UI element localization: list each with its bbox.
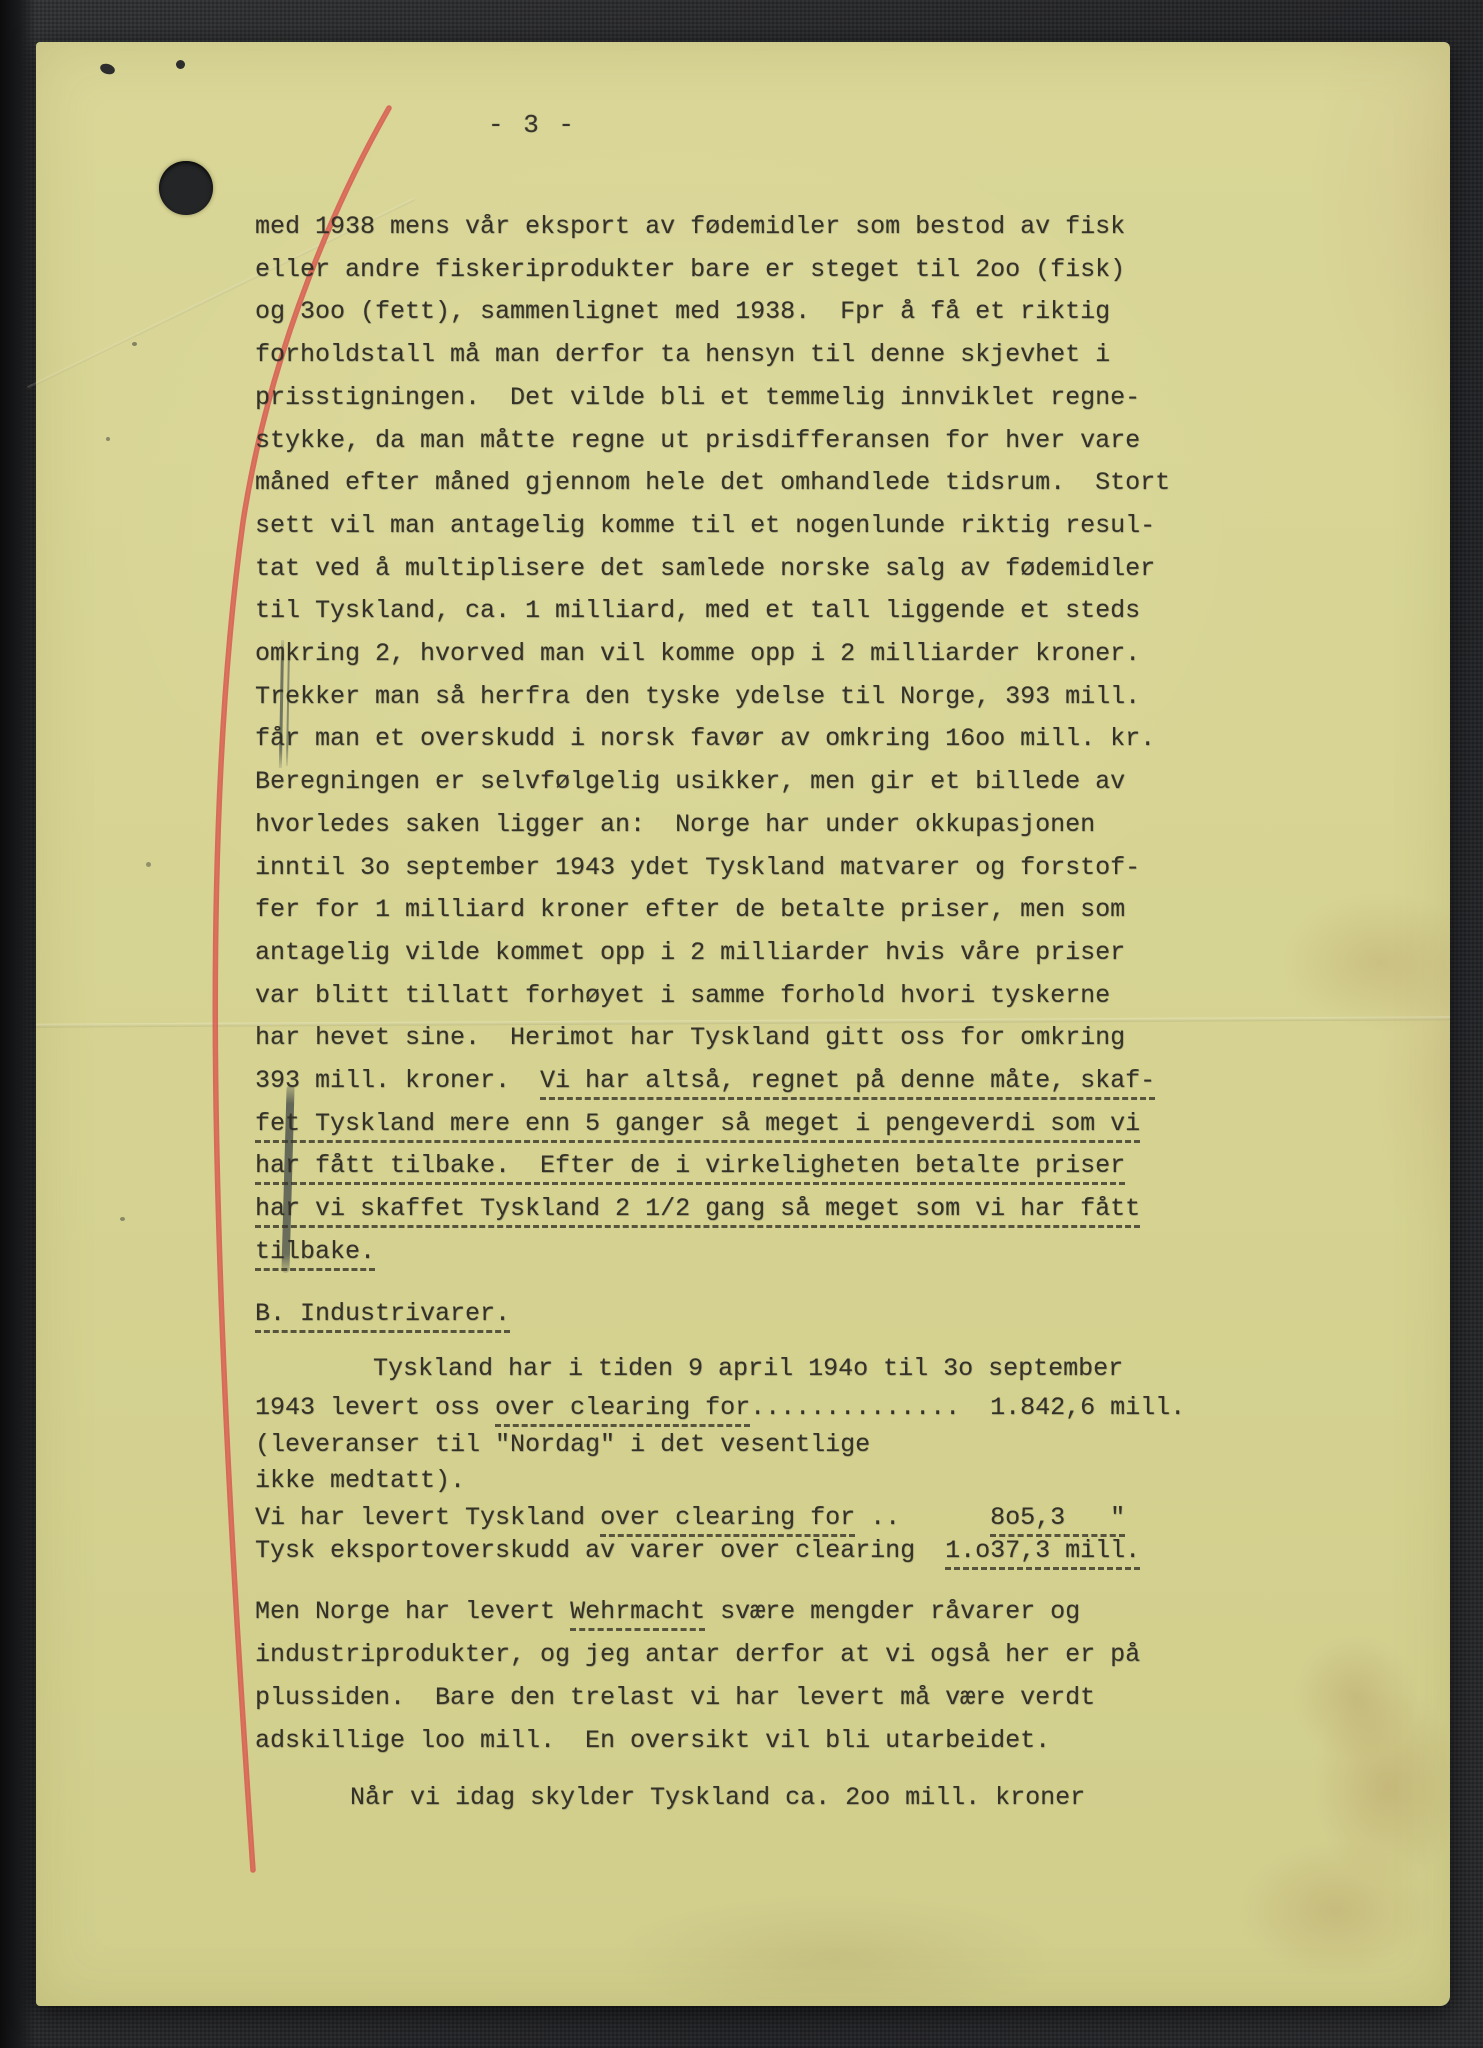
text-line: og 3oo (fett), sammenlignet med 1938. Fp… <box>255 291 1170 334</box>
text-line: til Tyskland, ca. 1 milliard, med et tal… <box>255 590 1170 633</box>
text-line: stykke, da man måtte regne ut prisdiffer… <box>255 420 1170 463</box>
ink-speck <box>176 60 185 69</box>
text-line: har fått tilbake. Efter de i virkelighet… <box>255 1145 1170 1188</box>
text-line: inntil 3o september 1943 ydet Tyskland m… <box>255 847 1170 890</box>
text-line: fet Tyskland mere enn 5 ganger så meget … <box>255 1103 1170 1146</box>
paragraph-wehrmacht-supplies: Men Norge har levert Wehrmacht svære men… <box>255 1590 1140 1762</box>
text-line: adskillige loo mill. En oversikt vil bli… <box>255 1719 1140 1762</box>
document-page: - 3 - med 1938 mens vår eksport av fødem… <box>36 42 1450 2006</box>
text-line: Tysk eksportoverskudd av varer over clea… <box>255 1530 1140 1572</box>
text-line: plussiden. Bare den trelast vi har lever… <box>255 1676 1140 1719</box>
text-line: Men Norge har levert Wehrmacht svære men… <box>255 1590 1140 1633</box>
paragraph-clearing-intro: Tyskland har i tiden 9 april 194o til 3o… <box>255 1348 1123 1390</box>
text-line: har hevet sine. Herimot har Tyskland git… <box>255 1017 1170 1060</box>
heading-industrivarer: B. Industrivarer. <box>255 1293 510 1335</box>
text-line: Beregningen er selvfølgelig usikker, men… <box>255 761 1170 804</box>
clearing-figures-block: 1943 levert oss over clearing for.......… <box>255 1390 1185 1536</box>
text-line: tilbake. <box>255 1231 1170 1274</box>
text-line: ikke medtatt). <box>255 1463 1185 1500</box>
text-line: 1943 levert oss over clearing for.......… <box>255 1390 1185 1427</box>
text-line: var blitt tillatt forhøyet i samme forho… <box>255 975 1170 1018</box>
text-line: fer for 1 milliard kroner efter de betal… <box>255 889 1170 932</box>
text-line: får man et overskudd i norsk favør av om… <box>255 718 1170 761</box>
page-number: - 3 - <box>488 110 576 140</box>
text-line: Trekker man så herfra den tyske ydelse t… <box>255 676 1170 719</box>
text-line: hvorledes saken ligger an: Norge har und… <box>255 804 1170 847</box>
text-line: med 1938 mens vår eksport av fødemidler … <box>255 206 1170 249</box>
text-line: B. Industrivarer. <box>255 1293 510 1335</box>
text-line: sett vil man antagelig komme til et noge… <box>255 505 1170 548</box>
text-line: antagelig vilde kommet opp i 2 milliarde… <box>255 932 1170 975</box>
text-line: 393 mill. kroner. Vi har altså, regnet p… <box>255 1060 1170 1103</box>
text-line: omkring 2, hvorved man vil komme opp i 2… <box>255 633 1170 676</box>
text-line: Tyskland har i tiden 9 april 194o til 3o… <box>373 1348 1123 1390</box>
ink-speck <box>132 342 137 346</box>
paragraph-debt-closing: Når vi idag skylder Tyskland ca. 2oo mil… <box>255 1777 1085 1819</box>
ink-speck <box>99 62 116 76</box>
text-line: prisstigningen. Det vilde bli et temmeli… <box>255 377 1170 420</box>
hole-punch <box>159 161 213 215</box>
paragraph-food-exports: med 1938 mens vår eksport av fødemidler … <box>255 206 1170 1274</box>
text-line: eller andre fiskeriprodukter bare er ste… <box>255 249 1170 292</box>
ink-speck <box>120 1217 125 1221</box>
scanned-document-background: - 3 - med 1938 mens vår eksport av fødem… <box>0 0 1483 2048</box>
text-line: industriprodukter, og jeg antar derfor a… <box>255 1633 1140 1676</box>
ink-speck <box>146 862 151 867</box>
text-line: Når vi idag skylder Tyskland ca. 2oo mil… <box>350 1777 1085 1819</box>
scan-left-shadow <box>0 0 36 2048</box>
text-line: måned efter måned gjennom hele det omhan… <box>255 462 1170 505</box>
clearing-surplus-line: Tysk eksportoverskudd av varer over clea… <box>255 1530 1140 1572</box>
ink-speck <box>106 437 110 441</box>
text-line: har vi skaffet Tyskland 2 1/2 gang så me… <box>255 1188 1170 1231</box>
text-line: (leveranser til "Nordag" i det vesentlig… <box>255 1427 1185 1464</box>
text-line: tat ved å multiplisere det samlede norsk… <box>255 548 1170 591</box>
text-line: forholdstall må man derfor ta hensyn til… <box>255 334 1170 377</box>
